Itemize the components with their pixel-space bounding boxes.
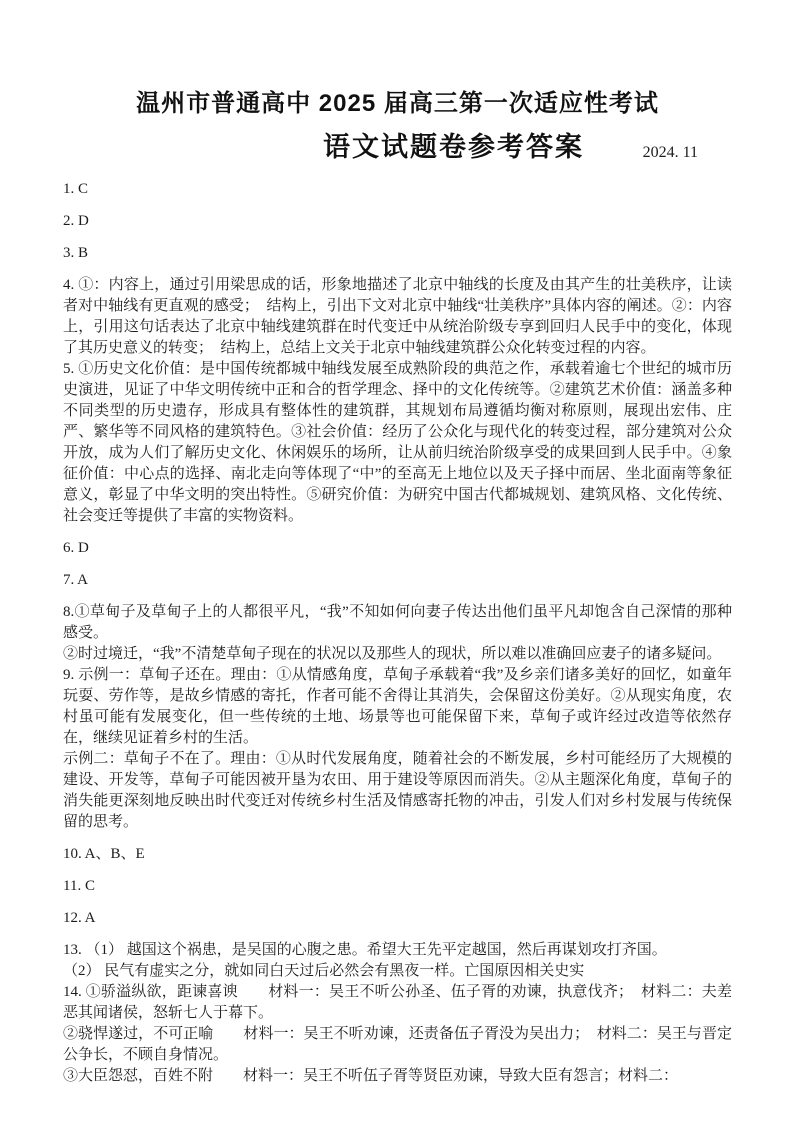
answer-choice-line: 7. A [63,570,732,591]
answer-paragraph: ②骁悍遂过，不可正喻 材料一：吴王不听劝谏，还责备伍子胥没为吴出力； 材料二：吴… [63,1024,732,1066]
answer-paragraph: 示例二：草甸子不在了。理由：①从时代发展角度，随着社会的不断发展，乡村可能经历了… [63,749,732,833]
subtitle-row: 语文试题卷参考答案 2024. 11 [63,129,732,167]
answer-paragraph: （2） 民气有虚实之分，就如同白天过后必然会有黑夜一样。亡国原因相关史实 [63,961,732,982]
answer-choice-line: 11. C [63,876,732,897]
answer-choice-line: 2. D [63,211,732,232]
document-page: 温州市普通高中 2025 届高三第一次适应性考试 语文试题卷参考答案 2024.… [0,0,794,1122]
document-title: 温州市普通高中 2025 届高三第一次适应性考试 [63,88,732,120]
answer-choice-line: 1. C [63,179,732,200]
answer-paragraph: 5. ①历史文化价值：是中国传统都城中轴线发展至成熟阶段的典范之作，承载着逾七个… [63,359,732,527]
answer-paragraph: 14. ①骄溢纵欲，距谏喜谀 材料一：吴王不听公孙圣、伍子胥的劝谏，执意伐齐； … [63,982,732,1024]
answer-choice-line: 12. A [63,908,732,929]
answer-paragraph: 13. （1） 越国这个祸患，是吴国的心腹之患。希望大王先平定越国，然后再谋划攻… [63,940,732,961]
answer-choice-line: 6. D [63,538,732,559]
answer-paragraph: 8.①草甸子及草甸子上的人都很平凡，“我”不知如何向妻子传达出他们虽平凡却饱含自… [63,602,732,644]
answers-list: 1. C2. D3. B4. ①：内容上，通过引用梁思成的话，形象地描述了北京中… [63,179,732,1087]
answer-paragraph: 9. 示例一：草甸子还在。理由：①从情感角度，草甸子承载着“我”及乡亲们诸多美好… [63,665,732,749]
document-header: 温州市普通高中 2025 届高三第一次适应性考试 语文试题卷参考答案 2024.… [63,88,732,167]
answer-choice-line: 3. B [63,243,732,264]
answer-paragraph: ②时过境迁，“我”不清楚草甸子现在的状况以及那些人的现状，所以难以准确回应妻子的… [63,644,732,665]
document-subtitle: 语文试题卷参考答案 [323,129,584,165]
document-date: 2024. 11 [643,144,698,162]
answer-choice-line: 10. A、B、E [63,844,732,865]
answer-paragraph: 4. ①：内容上，通过引用梁思成的话，形象地描述了北京中轴线的长度及由其产生的壮… [63,275,732,359]
answer-paragraph: ③大臣怨怼，百姓不附 材料一：吴王不听伍子胥等贤臣劝谏，导致大臣有怨言；材料二： [63,1066,732,1087]
